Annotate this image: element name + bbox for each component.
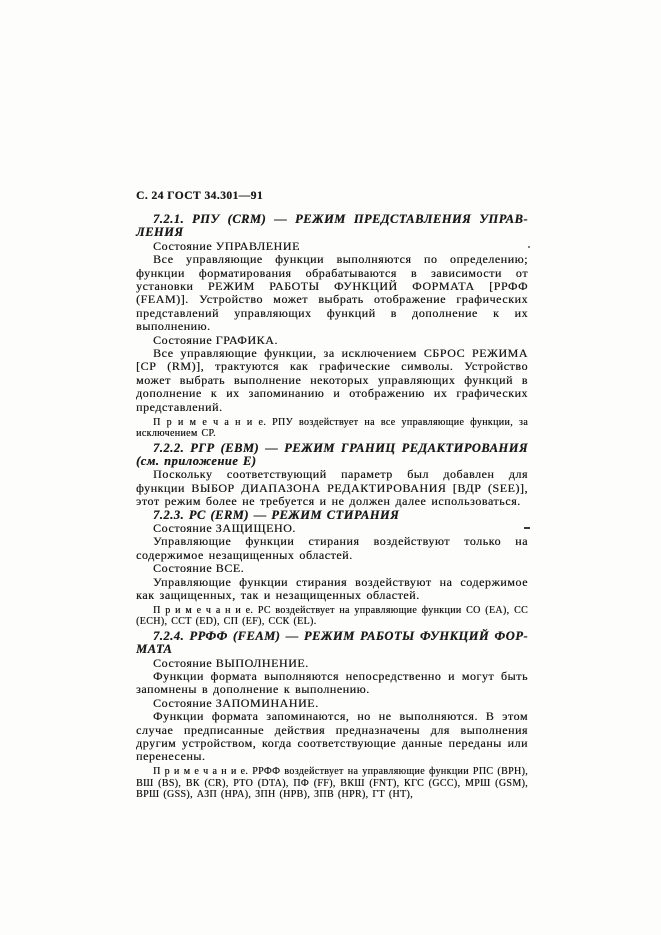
paragraph-graphics-state: Все управляющие функции, за исключением … bbox=[136, 347, 528, 414]
state-label-store: Состояние ЗАПОМИНАНИЕ. bbox=[136, 697, 528, 710]
state-label-control: Состояние УПРАВЛЕНИЕ bbox=[136, 240, 528, 253]
note-7-2-4: П р и м е ч а н и е. РРФФ воздействует н… bbox=[136, 766, 528, 800]
section-heading-7-2-3: 7.2.3. РС (ERM) — РЕЖИМ СТИРАНИЯ bbox=[136, 509, 528, 522]
paragraph-protected-state: Управляющие функции стирания воздействую… bbox=[136, 535, 528, 562]
note-7-2-1: П р и м е ч а н и е. РПУ воздействует на… bbox=[136, 417, 528, 439]
paragraph-execute-state: Функции формата выполняются непосредстве… bbox=[136, 670, 528, 697]
paragraph-store-state: Функции формата запоминаются, но не выпо… bbox=[136, 710, 528, 764]
state-label-all: Состояние ВСЕ. bbox=[136, 562, 528, 575]
section-heading-7-2-1: 7.2.1. РПУ (CRM) — РЕЖИМ ПРЕДСТАВЛЕНИЯ У… bbox=[136, 213, 528, 240]
scan-artifact-dot bbox=[528, 246, 530, 248]
paragraph-control-state: Все управляющие функции выполняются по о… bbox=[136, 253, 528, 333]
scanned-document-page: С. 24 ГОСТ 34.301—91 7.2.1. РПУ (CRM) — … bbox=[0, 0, 661, 935]
section-heading-7-2-4: 7.2.4. РРФФ (FEAM) — РЕЖИМ РАБОТЫ ФУНКЦИ… bbox=[136, 630, 528, 657]
paragraph-ebm-deprecated: Поскольку соответствующий параметр был д… bbox=[136, 468, 528, 508]
text-column: С. 24 ГОСТ 34.301—91 7.2.1. РПУ (CRM) — … bbox=[136, 190, 528, 802]
section-heading-7-2-2: 7.2.2. РГР (EBM) — РЕЖИМ ГРАНИЦ РЕДАКТИР… bbox=[136, 442, 528, 469]
running-head: С. 24 ГОСТ 34.301—91 bbox=[136, 190, 528, 202]
state-label-graphics: Состояние ГРАФИКА. bbox=[136, 334, 528, 347]
state-label-execute: Состояние ВЫПОЛНЕНИЕ. bbox=[136, 657, 528, 670]
note-7-2-3: П р и м е ч а н и е. РС воздействует на … bbox=[136, 605, 528, 627]
scan-artifact-dot bbox=[429, 612, 431, 614]
scan-artifact-dash bbox=[524, 527, 530, 529]
paragraph-all-state: Управляющие функции стирания воздействую… bbox=[136, 576, 528, 603]
state-label-protected: Состояние ЗАЩИЩЕНО. bbox=[136, 522, 528, 535]
